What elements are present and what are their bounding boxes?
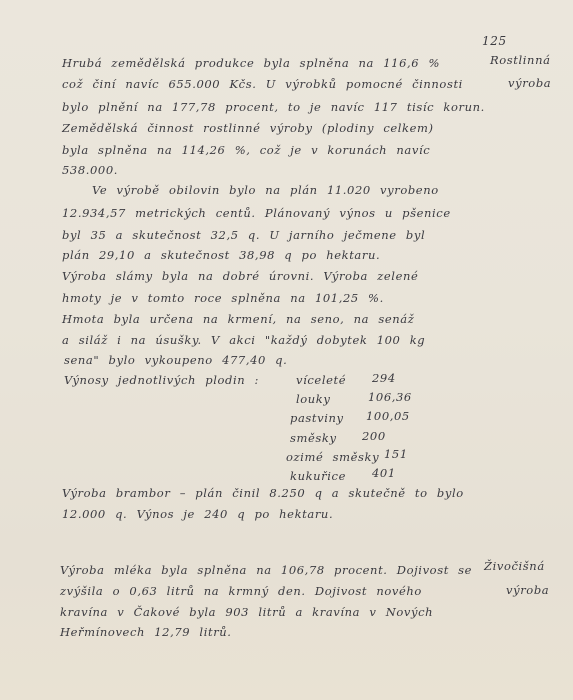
margin-note-animal-1: Živočišná	[484, 559, 545, 573]
handwritten-page: 125 Rostlinná výroba Hrubá zemědělská pr…	[0, 0, 573, 700]
text-line: hmoty je v tomto roce splněna na 101,25 …	[62, 291, 384, 305]
text-line: Zemědělská činnost rostlinné výroby (plo…	[62, 121, 434, 135]
text-line: Hmota byla určena na krmení, na seno, na…	[62, 312, 414, 326]
text-line: Výroba mléka byla splněna na 106,78 proc…	[60, 563, 472, 577]
yield-crop: směsky	[290, 431, 337, 445]
text-line: Heřmínovech 12,79 litrů.	[60, 625, 232, 639]
text-line: byla splněna na 114,26 %, což je v korun…	[62, 143, 430, 157]
text-line: Výroba brambor – plán činil 8.250 q a sk…	[62, 486, 464, 500]
yield-crop: víceleté	[296, 373, 346, 387]
text-line: což činí navíc 655.000 Kčs. U výrobků po…	[62, 77, 463, 91]
text-line: zvýšila o 0,63 litrů na krmný den. Dojiv…	[60, 584, 422, 598]
yield-crop: pastviny	[290, 411, 344, 425]
margin-note-plant-1: Rostlinná	[490, 53, 551, 67]
text-line: 12.000 q. Výnos je 240 q po hektaru.	[62, 507, 333, 521]
page-number: 125	[482, 34, 507, 48]
text-line: kravína v Čakové byla 903 litrů a kravín…	[60, 605, 433, 619]
yield-value: 106,36	[368, 390, 412, 404]
margin-note-plant-2: výroba	[508, 76, 551, 90]
yield-crop: ozimé směsky	[286, 450, 379, 464]
yield-crop: louky	[296, 392, 330, 406]
text-line: 12.934,57 metrických centů. Plánovaný vý…	[62, 206, 451, 220]
yield-value: 401	[372, 466, 396, 480]
yield-value: 100,05	[366, 409, 410, 423]
text-line: byl 35 a skutečnost 32,5 q. U jarního je…	[62, 228, 425, 242]
margin-note-animal-2: výroba	[506, 583, 549, 597]
text-line: Ve výrobě obilovin bylo na plán 11.020 v…	[92, 183, 439, 197]
text-line: a siláž i na úsušky. V akci "každý dobyt…	[62, 333, 425, 347]
text-line: plán 29,10 a skutečnost 38,98 q po hekta…	[62, 248, 380, 262]
yield-value: 200	[362, 429, 386, 443]
yield-crop: kukuřice	[290, 469, 346, 483]
text-line: Výroba slámy byla na dobré úrovni. Výrob…	[62, 269, 418, 283]
text-line: 538.000.	[62, 163, 118, 177]
text-line: sena" bylo vykoupeno 477,40 q.	[64, 353, 287, 367]
yields-label: Výnosy jednotlivých plodin :	[64, 373, 259, 387]
yield-value: 151	[384, 447, 408, 461]
text-line: Hrubá zemědělská produkce byla splněna n…	[62, 56, 440, 70]
yield-value: 294	[372, 371, 396, 385]
text-line: bylo plnění na 177,78 procent, to je nav…	[62, 100, 485, 114]
